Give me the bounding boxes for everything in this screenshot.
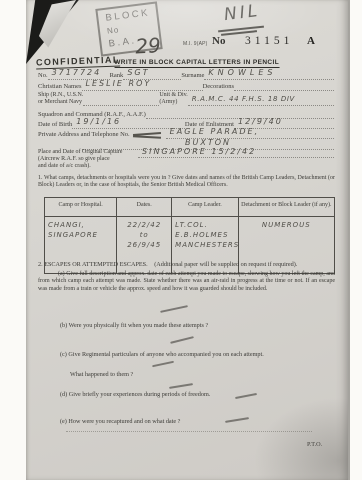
ship-value <box>83 104 159 106</box>
serial-number: 31151 <box>245 35 293 47</box>
unit-label: Unit & Div. (Army) <box>159 92 187 106</box>
capture-value: SINGAPORE 15/2/42 <box>138 147 334 158</box>
number-label: No. <box>38 72 48 80</box>
page-turn-over: P.T.O. <box>307 441 322 448</box>
scanned-form-page: CONFIDENTIAL BLOCK No B.A. 29 NIL M.I. 9… <box>26 0 350 480</box>
camps-table-header-leader: Camp Leader. <box>172 198 238 217</box>
unit-value: R.A.M.C. 44 F.H.S. 18 DIV <box>188 94 334 106</box>
pencil-dash-mark <box>235 393 257 399</box>
serial-prefix: No <box>212 35 225 47</box>
nil-annotation: NIL <box>223 1 261 25</box>
camps-table-header-detachment: Detachment or Block Leader (if any). <box>239 198 334 217</box>
block-number-stamp: BLOCK No B.A. 29 <box>95 1 162 56</box>
section-2-note: (Additional paper will be supplied on re… <box>154 261 297 268</box>
camps-table-header-dates: Dates. <box>117 198 172 217</box>
section-2-item-d: (d) Give briefly your experiences during… <box>60 391 210 398</box>
camps-table-header-camp: Camp or Hospital. <box>45 198 117 217</box>
section-2-title: 2. ESCAPES OR ATTEMPTED ESCAPES. <box>38 261 148 268</box>
serial-suffix: A <box>307 35 315 47</box>
answer-dotted-line <box>66 431 312 432</box>
ship-label: Ship (R.N., U.S.N. or Merchant Navy <box>38 92 83 106</box>
section-2-item-a: (a) Give full description and approx. da… <box>38 271 335 293</box>
section-2-item-c-followup: What happened to them ? <box>70 371 133 378</box>
pencil-dash-mark <box>160 305 188 312</box>
section-2-item-b: (b) Were you physically fit when you mad… <box>60 322 208 329</box>
section-2-heading: 2. ESCAPES OR ATTEMPTED ESCAPES. (Additi… <box>38 261 297 268</box>
row-ship-unit: Ship (R.N., U.S.N. or Merchant Navy Unit… <box>38 90 334 106</box>
pencil-dash-mark <box>152 361 174 367</box>
section-2-item-c: (c) Give Regimental particulars of anyon… <box>60 351 264 358</box>
question-1-text: 1. What camps, detachments or hospitals … <box>38 175 335 190</box>
pencil-dash-mark <box>169 383 193 388</box>
handwritten-block-number: 29 <box>134 39 160 53</box>
surname-value: KNOWLES <box>204 68 334 80</box>
row-capture: Place and Date of Original Capture (Airc… <box>38 149 334 175</box>
pencil-dash-mark <box>225 417 249 422</box>
section-2-item-e: (e) How were you recaptured and on what … <box>60 418 180 425</box>
form-reference: M.I. 9(AP) <box>183 41 208 47</box>
pencil-dash-mark <box>170 336 194 343</box>
instruction-heading: WRITE IN BLOCK CAPITAL LETTERS IN PENCIL <box>114 59 279 68</box>
